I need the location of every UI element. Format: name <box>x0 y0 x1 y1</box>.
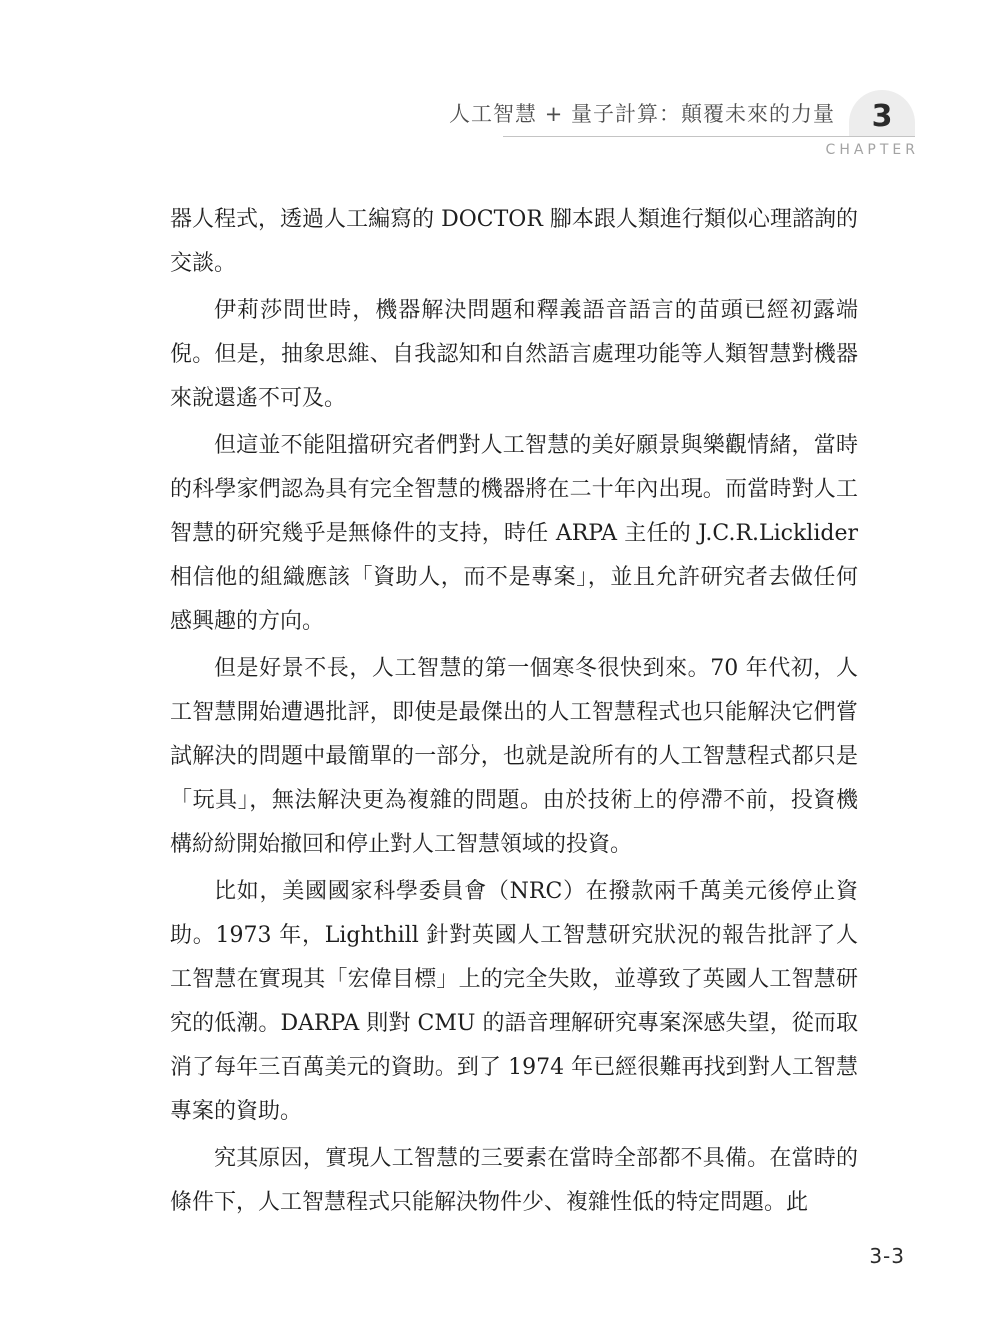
book-page: 人工智慧 + 量子計算：顛覆未來的力量 3 CHAPTER 器人程式，透過人工編… <box>0 0 1000 1341</box>
page-number: 3-3 <box>869 1244 905 1268</box>
paragraph: 究其原因，實現人工智慧的三要素在當時全部都不具備。在當時的條件下，人工智慧程式只… <box>170 1137 858 1225</box>
chapter-badge: 3 <box>849 90 915 136</box>
paragraph: 但是好景不長，人工智慧的第一個寒冬很快到來。70 年代初，人工智慧開始遭遇批評，… <box>170 647 858 867</box>
paragraph: 比如，美國國家科學委員會（NRC）在撥款兩千萬美元後停止資助。1973 年，Li… <box>170 870 858 1134</box>
chapter-label: CHAPTER <box>503 142 919 158</box>
header-rule: 人工智慧 + 量子計算：顛覆未來的力量 3 <box>503 90 915 137</box>
running-head-title: 人工智慧 + 量子計算：顛覆未來的力量 <box>449 104 835 136</box>
page-footer: 3-3 <box>869 1244 905 1268</box>
chapter-header: 人工智慧 + 量子計算：顛覆未來的力量 3 CHAPTER <box>503 90 915 158</box>
paragraph: 器人程式，透過人工編寫的 DOCTOR 腳本跟人類進行類似心理諮詢的交談。 <box>170 198 858 286</box>
paragraph: 但這並不能阻擋研究者們對人工智慧的美好願景與樂觀情緒，當時的科學家們認為具有完全… <box>170 424 858 644</box>
chapter-number: 3 <box>872 102 893 136</box>
paragraph: 伊莉莎問世時，機器解決問題和釋義語音語言的苗頭已經初露端倪。但是，抽象思維、自我… <box>170 289 858 421</box>
body-text: 器人程式，透過人工編寫的 DOCTOR 腳本跟人類進行類似心理諮詢的交談。伊莉莎… <box>170 198 858 1228</box>
